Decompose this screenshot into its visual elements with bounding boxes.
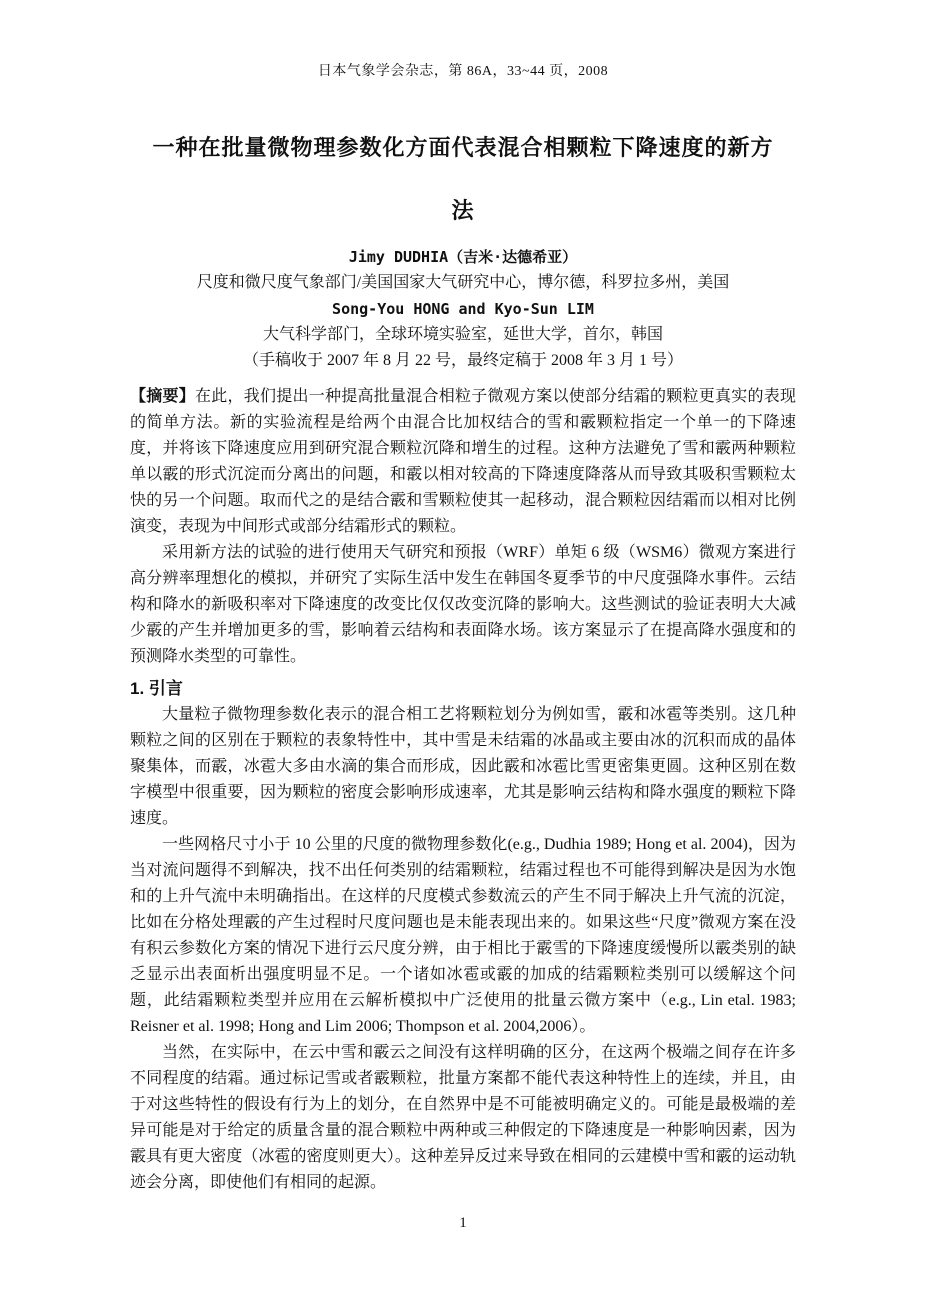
paper-title-line-1: 一种在批量微物理参数化方面代表混合相颗粒下降速度的新方 [130, 116, 796, 179]
abstract-paragraph-2: 采用新方法的试验的进行使用天气研究和预报（WRF）单矩 6 级（WSM6）微观方… [130, 540, 796, 670]
page-number: 1 [0, 1212, 926, 1234]
author-name-1: Jimy DUDHIA（吉米·达德希亚） [130, 244, 796, 270]
abstract-text-1: 在此，我们提出一种提高批量混合相粒子微观方案以使部分结霜的颗粒更真实的表现的简单… [130, 388, 796, 535]
paper-title: 一种在批量微物理参数化方面代表混合相颗粒下降速度的新方 法 [130, 116, 796, 242]
manuscript-dates: （手稿收于 2007 年 8 月 22 号，最终定稿于 2008 年 3 月 1… [130, 348, 796, 374]
journal-header: 日本气象学会杂志，第 86A，33~44 页，2008 [130, 62, 796, 82]
author-name-2: Song-You HONG and Kyo-Sun LIM [130, 296, 796, 322]
intro-paragraph-3: 当然，在实际中，在云中雪和霰云之间没有这样明确的区分，在这两个极端之间存在许多不… [130, 1040, 796, 1196]
document-body: 【摘要】在此，我们提出一种提高批量混合相粒子微观方案以使部分结霜的颗粒更真实的表… [130, 384, 796, 1196]
author-block: Jimy DUDHIA（吉米·达德希亚） 尺度和微尺度气象部门/美国国家大气研究… [130, 244, 796, 374]
paper-title-line-2: 法 [130, 179, 796, 242]
intro-paragraph-2: 一些网格尺寸小于 10 公里的尺度的微物理参数化(e.g., Dudhia 19… [130, 832, 796, 1040]
section-heading-introduction: 1. 引言 [130, 676, 796, 702]
abstract-label: 【摘要】 [130, 388, 195, 405]
author-affiliation-1: 尺度和微尺度气象部门/美国国家大气研究中心，博尔德，科罗拉多州，美国 [130, 270, 796, 296]
author-affiliation-2: 大气科学部门，全球环境实验室，延世大学，首尔，韩国 [130, 322, 796, 348]
intro-paragraph-1: 大量粒子微物理参数化表示的混合相工艺将颗粒划分为例如雪，霰和冰雹等类别。这几种颗… [130, 702, 796, 832]
page-content: 日本气象学会杂志，第 86A，33~44 页，2008 一种在批量微物理参数化方… [0, 0, 926, 1196]
document-page: 日本气象学会杂志，第 86A，33~44 页，2008 一种在批量微物理参数化方… [0, 0, 926, 1309]
abstract-paragraph-1: 【摘要】在此，我们提出一种提高批量混合相粒子微观方案以使部分结霜的颗粒更真实的表… [130, 384, 796, 540]
